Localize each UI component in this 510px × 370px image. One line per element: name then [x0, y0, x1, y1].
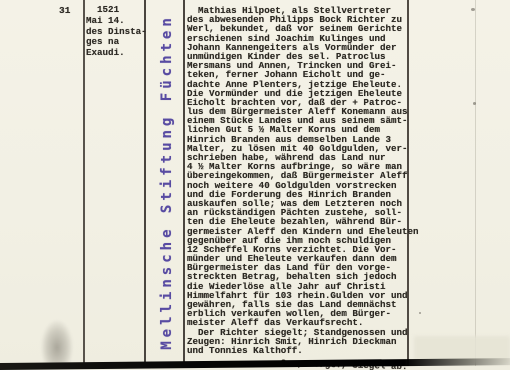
scan-edge-bar — [0, 358, 510, 370]
record-body-text: Mathias Hilpoet, als Stellvertreterdes a… — [187, 6, 419, 365]
page-number: 31 — [59, 5, 70, 16]
margin-date-column: 1521Mai 14.des Dinsta-ges naExaudi. — [86, 5, 147, 59]
paper-speck — [419, 312, 421, 314]
ruled-line-left-margin — [83, 0, 85, 366]
scanned-archive-card: 31 1521Mai 14.des Dinsta-ges naExaudi. M… — [0, 0, 510, 370]
ruled-line-stamp-column — [183, 0, 185, 366]
paper-speck — [473, 102, 476, 105]
archive-stamp-label: Mellinsche Stiftung Füchten — [159, 14, 175, 350]
ruled-line-faint-right — [475, 0, 476, 366]
paper-stain — [41, 320, 73, 366]
paper-speck — [471, 8, 475, 11]
